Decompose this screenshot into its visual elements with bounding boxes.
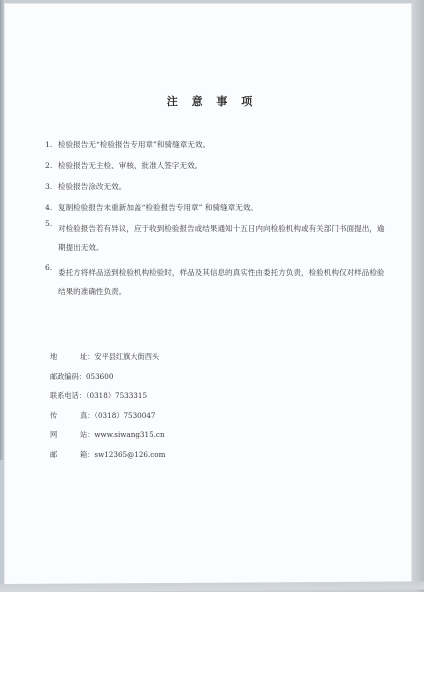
- contact-postcode: 邮政编码：053600: [50, 372, 165, 392]
- notice-item-6: 6. 委托方将样品送到检验机构检验时，样品及其信息的真实性由委托方负责，检验机构…: [45, 263, 385, 301]
- notice-item-2: 2. 检验报告无主检、审核、批准人签字无效。: [45, 161, 385, 171]
- contact-value: （0318）7533315: [86, 391, 147, 400]
- contact-label: 传: [50, 411, 80, 421]
- contact-phone: 联系电话：（0318）7533315: [50, 391, 165, 411]
- notice-number: 2.: [45, 161, 52, 171]
- contact-value: （0318）7530047: [94, 411, 155, 420]
- contact-label: 地: [50, 352, 80, 362]
- notice-text: 检验报告涂改无效。: [58, 182, 126, 191]
- contact-value: 053600: [86, 372, 113, 381]
- notice-item-4: 4. 复制检验报告未重新加盖“检验报告专用章” 和骑缝章无效。: [45, 203, 385, 213]
- contact-address: 地址：安平县红旗大街西头: [50, 352, 165, 372]
- notice-number: 6.: [45, 263, 52, 273]
- notice-text: 对检验报告若有异议，应于收到检验报告或结果通知十五日内向检验机构或有关部门书面提…: [58, 219, 385, 257]
- notice-text: 复制检验报告未重新加盖“检验报告专用章” 和骑缝章无效。: [58, 203, 258, 212]
- contact-label: 网: [50, 430, 80, 440]
- contact-value: 安平县红旗大街西头: [94, 352, 159, 361]
- contact-label: 站：: [80, 430, 94, 439]
- page-title: 注 意 事 项: [0, 93, 424, 109]
- contact-label: 联系电话：: [50, 391, 86, 400]
- contact-label: 邮政编码：: [50, 372, 86, 381]
- contact-info: 地址：安平县红旗大街西头 邮政编码：053600 联系电话：（0318）7533…: [50, 352, 165, 469]
- contact-label: 箱：: [80, 450, 94, 459]
- notice-item-3: 3. 检验报告涂改无效。: [45, 182, 385, 192]
- contact-label: 邮: [50, 450, 80, 460]
- notice-item-1: 1. 检验报告无“检验报告专用章”和骑缝章无效。: [45, 140, 385, 150]
- notice-number: 1.: [45, 140, 52, 150]
- notice-item-5: 5. 对检验报告若有异议，应于收到检验报告或结果通知十五日内向检验机构或有关部门…: [45, 219, 385, 257]
- notice-text: 检验报告无主检、审核、批准人签字无效。: [58, 161, 202, 170]
- notice-number: 3.: [45, 182, 52, 192]
- contact-fax: 传真：（0318）7530047: [50, 411, 165, 431]
- notice-text: 检验报告无“检验报告专用章”和骑缝章无效。: [58, 140, 210, 149]
- contact-website: 网站：www.siwang315.cn: [50, 430, 165, 450]
- notice-text: 委托方将样品送到检验机构检验时，样品及其信息的真实性由委托方负责，检验机构仅对样…: [58, 263, 385, 301]
- contact-value: sw12365@126.com: [94, 450, 165, 459]
- notice-list: 1. 检验报告无“检验报告专用章”和骑缝章无效。 2. 检验报告无主检、审核、批…: [45, 140, 385, 312]
- contact-email: 邮箱：sw12365@126.com: [50, 450, 165, 470]
- contact-label: 真：: [80, 411, 94, 420]
- contact-label: 址：: [80, 352, 94, 361]
- notice-number: 5.: [45, 219, 52, 229]
- notice-number: 4.: [45, 203, 52, 213]
- contact-value: www.siwang315.cn: [94, 430, 164, 439]
- scan-right-edge: [412, 0, 424, 592]
